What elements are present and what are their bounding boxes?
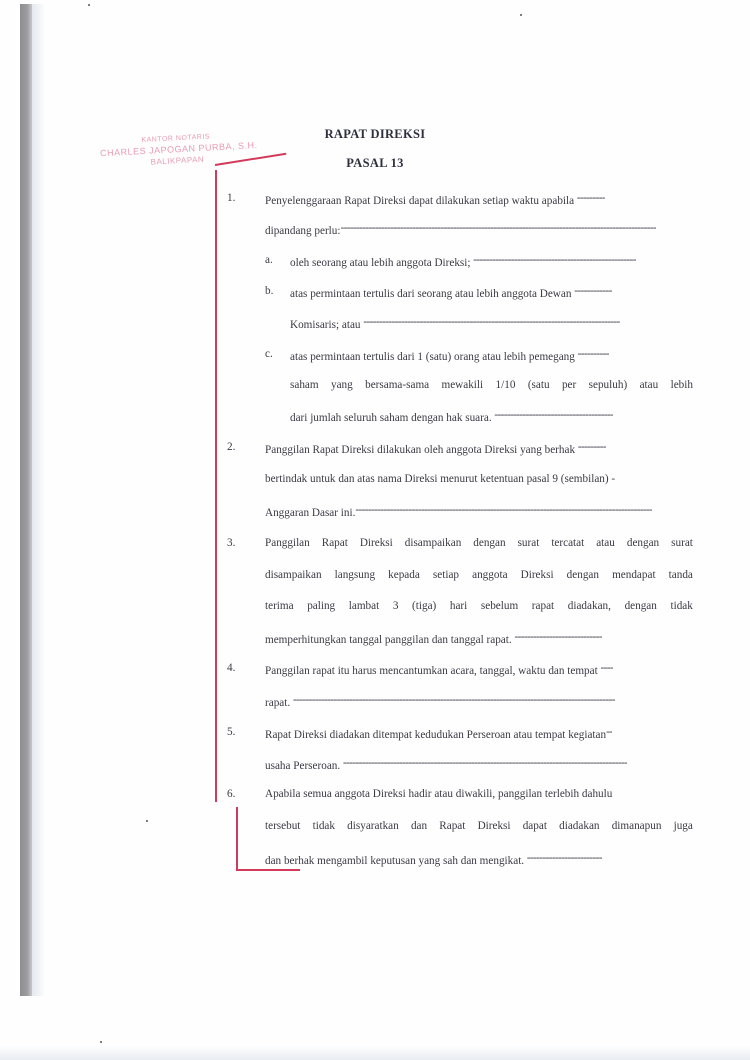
item-line: Panggilan rapat itu harus mencantumkan a… <box>265 662 693 677</box>
item-number: 5. <box>227 726 235 738</box>
word: dengan <box>473 537 505 549</box>
word: Direksi <box>360 537 393 549</box>
item-line: Panggilan Rapat Direksi dilakukan oleh a… <box>265 441 693 456</box>
margin-line-red <box>236 807 238 870</box>
word: anggota <box>472 569 507 581</box>
word: (satu <box>528 379 550 391</box>
item-line: Apabila semua anggota Direksi hadir atau… <box>265 788 693 800</box>
item-line: Anggaran Dasar ini.---------------------… <box>265 504 693 519</box>
item-line: disampaikanlangsungkepadasetiapanggotaDi… <box>265 569 693 581</box>
binding-shadow <box>32 4 46 996</box>
scan-speck <box>146 820 148 822</box>
binding-edge <box>20 4 32 996</box>
item-number: 2. <box>227 441 235 453</box>
word: 3 <box>393 600 399 612</box>
word: paling <box>307 600 335 612</box>
word: hari <box>450 600 467 612</box>
word: Rapat <box>439 820 465 832</box>
word: lambat <box>349 600 379 612</box>
item-line: usaha Perseroan. -----------------------… <box>265 757 693 772</box>
word: mendapat <box>612 569 656 581</box>
word: disampaikan <box>265 569 322 581</box>
bottom-scan-shade <box>0 1045 750 1060</box>
word: diadakan <box>559 820 599 832</box>
word: tidak <box>313 820 335 832</box>
subitem-letter: a. <box>265 254 273 266</box>
word: terima <box>265 600 294 612</box>
word: tanda <box>669 569 693 581</box>
word: mewakili <box>442 379 484 391</box>
item-line: Penyelenggaraan Rapat Direksi dapat dila… <box>265 192 693 207</box>
word: dimanapun <box>612 820 662 832</box>
item-line: bertindak untuk dan atas nama Direksi me… <box>265 473 693 485</box>
word: 1/10 <box>496 379 516 391</box>
word: Direksi <box>521 569 554 581</box>
word: tersebut <box>265 820 300 832</box>
margin-line-red <box>236 869 300 871</box>
word: disyaratkan <box>347 820 399 832</box>
subitem-letter: b. <box>265 285 273 297</box>
scan-speck <box>88 4 90 6</box>
scanned-document-page: KANTOR NOTARIS CHARLES JAPOGAN PURBA, S.… <box>0 0 750 1060</box>
word: Panggilan <box>265 537 310 549</box>
word: lebih <box>671 379 693 391</box>
word: disampaikan <box>405 537 462 549</box>
word: dengan <box>625 600 657 612</box>
word: diadakan, <box>568 600 611 612</box>
word: tidak <box>670 600 692 612</box>
item-line: PanggilanRapatDireksidisampaikandengansu… <box>265 537 693 549</box>
word: juga <box>674 820 693 832</box>
word: Rapat <box>322 537 348 549</box>
word: surat <box>518 537 540 549</box>
scan-speck <box>520 14 522 16</box>
word: setiap <box>433 569 459 581</box>
word: bersama-sama <box>365 379 429 391</box>
subitem-line: Komisaris; atau ------------------------… <box>290 316 693 331</box>
item-number: 1. <box>227 192 235 204</box>
item-number: 6. <box>227 788 235 800</box>
word: dapat <box>523 820 547 832</box>
word: sepuluh) <box>589 379 628 391</box>
word: yang <box>331 379 353 391</box>
article-number: PASAL 13 <box>0 156 750 171</box>
subitem-line: atas permintaan tertulis dari seorang at… <box>290 285 693 300</box>
item-line: dan berhak mengambil keputusan yang sah … <box>265 852 693 867</box>
subitem-line: sahamyangbersama-samamewakili1/10(satupe… <box>290 379 693 391</box>
word: rapat <box>532 600 554 612</box>
margin-line-red <box>215 170 217 802</box>
subitem-line: atas permintaan tertulis dari 1 (satu) o… <box>290 348 693 363</box>
item-number: 3. <box>227 537 235 549</box>
subitem-letter: c. <box>265 348 273 360</box>
subitem-line: dari jumlah seluruh saham dengan hak sua… <box>290 409 693 424</box>
item-line: memperhitungkan tanggal panggilan dan ta… <box>265 631 693 646</box>
word: dengan <box>627 537 659 549</box>
chapter-title: RAPAT DIREKSI <box>0 127 750 142</box>
word: sebelum <box>481 600 518 612</box>
item-line: Rapat Direksi diadakan ditempat keduduka… <box>265 726 693 741</box>
scan-speck <box>100 1041 102 1043</box>
subitem-line: oleh seorang atau lebih anggota Direksi;… <box>290 254 693 269</box>
word: saham <box>290 379 319 391</box>
item-number: 4. <box>227 662 235 674</box>
word: Direksi <box>478 820 511 832</box>
word: atau <box>640 379 659 391</box>
item-line: rapat. ---------------------------------… <box>265 694 693 709</box>
item-line: dipandang perlu:------------------------… <box>265 222 693 237</box>
word: kepada <box>388 569 420 581</box>
word: atau <box>596 537 615 549</box>
word: dengan <box>567 569 599 581</box>
word: per <box>562 379 576 391</box>
word: surat <box>671 537 693 549</box>
word: (tiga) <box>412 600 436 612</box>
item-line: terimapalinglambat3(tiga)harisebelumrapa… <box>265 600 693 612</box>
word: tercatat <box>551 537 584 549</box>
word: dan <box>411 820 427 832</box>
word: langsung <box>335 569 375 581</box>
item-line: tersebuttidakdisyaratkandanRapatDireksid… <box>265 820 693 832</box>
